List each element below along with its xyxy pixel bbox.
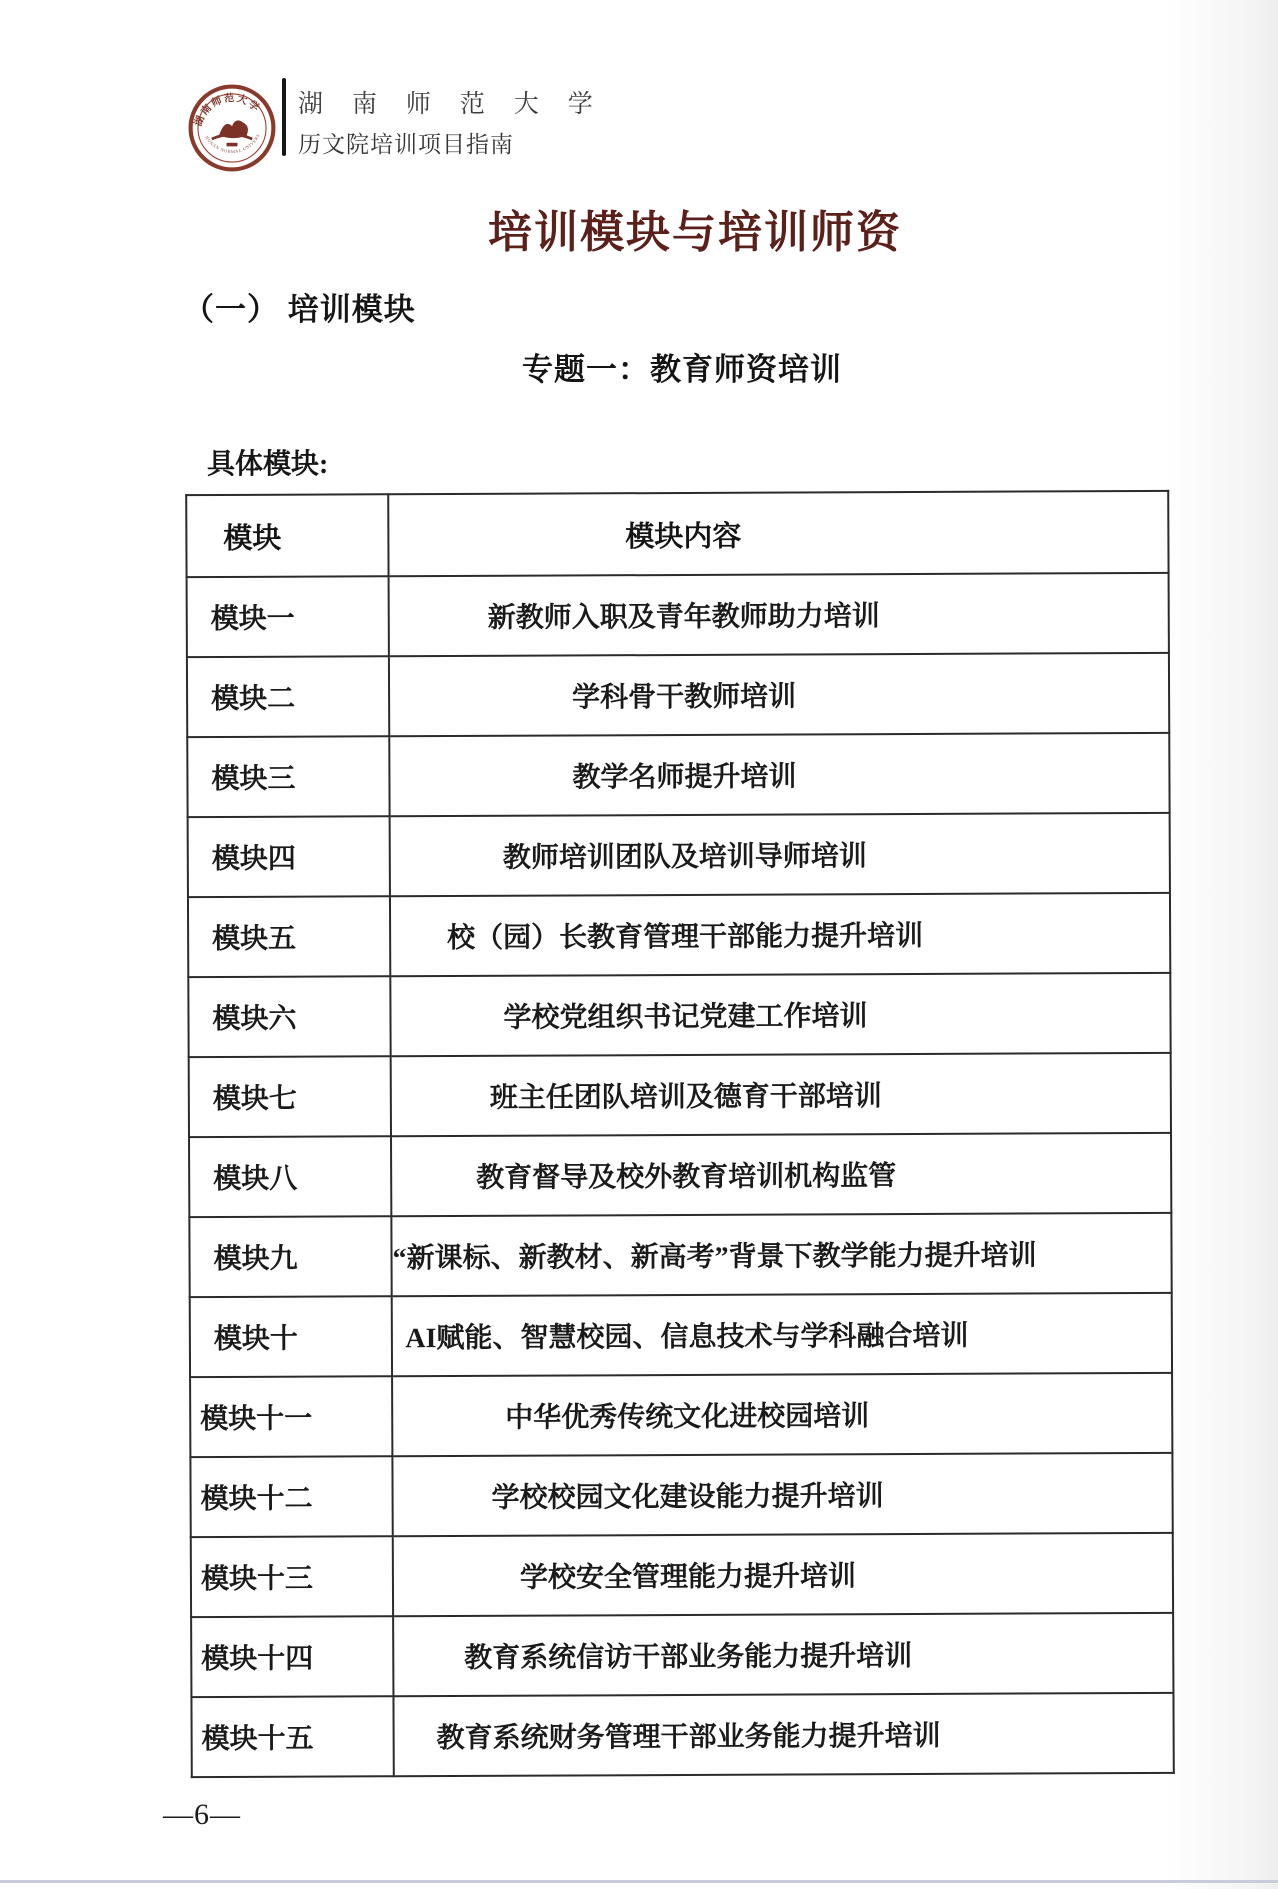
column-header-module: 模块 xyxy=(186,494,388,577)
content-cell: 学校党组织书记党建工作培训 xyxy=(390,973,1170,1056)
column-header-content: 模块内容 xyxy=(388,491,1168,576)
content-cell: 教育系统财务管理干部业务能力提升培训 xyxy=(393,1693,1173,1776)
content-cell: 教育督导及校外教育培训机构监管 xyxy=(391,1133,1171,1216)
table-row: 模块一 新教师入职及青年教师助力培训 xyxy=(187,573,1169,657)
table-row: 模块六 学校党组织书记党建工作培训 xyxy=(188,973,1170,1057)
module-cell: 模块三 xyxy=(187,736,389,817)
module-cell: 模块一 xyxy=(187,576,389,657)
table-row: 模块十二 学校校园文化建设能力提升培训 xyxy=(190,1453,1172,1537)
table-row: 模块十五 教育系统财务管理干部业务能力提升培训 xyxy=(191,1693,1173,1777)
topic-heading: 专题一：教育师资培训 xyxy=(0,344,1278,389)
module-table-container: 模块 模块内容 模块一 新教师入职及青年教师助力培训 模块二 学科骨干教师培训 … xyxy=(185,490,1175,1778)
table-row: 模块十三 学校安全管理能力提升培训 xyxy=(191,1533,1173,1617)
content-cell: 教学名师提升培训 xyxy=(389,733,1169,816)
table-row: 模块三 教学名师提升培训 xyxy=(187,733,1169,817)
document-page: 湖南师范大学 HUNAN NORMAL UNIVERSITY 湖 南 师 范 大… xyxy=(0,0,1278,1889)
content-cell: 班主任团队培训及德育干部培训 xyxy=(391,1053,1171,1136)
page-title: 培训模块与培训师资 xyxy=(0,196,1278,260)
content-cell: 新教师入职及青年教师助力培训 xyxy=(389,573,1169,656)
table-row: 模块九 “新课标、新教材、新高考”背景下教学能力提升培训 xyxy=(189,1213,1171,1297)
table-row: 模块十 AI赋能、智慧校园、信息技术与学科融合培训 xyxy=(190,1293,1172,1377)
module-cell: 模块十二 xyxy=(190,1456,392,1537)
content-cell: 教育系统信访干部业务能力提升培训 xyxy=(393,1613,1173,1696)
module-cell: 模块十四 xyxy=(191,1616,393,1697)
table-row: 模块四 教师培训团队及培训导师培训 xyxy=(188,813,1170,897)
module-cell: 模块十一 xyxy=(190,1376,392,1457)
content-cell: 学科骨干教师培训 xyxy=(389,653,1169,736)
module-table: 模块 模块内容 模块一 新教师入职及青年教师助力培训 模块二 学科骨干教师培训 … xyxy=(185,490,1175,1778)
university-seal-icon: 湖南师范大学 HUNAN NORMAL UNIVERSITY xyxy=(186,82,278,174)
guide-subtitle: 历文院培训项目指南 xyxy=(298,126,604,159)
table-row: 模块二 学科骨干教师培训 xyxy=(187,653,1169,737)
university-name: 湖 南 师 范 大 学 xyxy=(298,84,604,120)
table-row: 模块五 校（园）长教育管理干部能力提升培训 xyxy=(188,893,1170,977)
table-header-row: 模块 模块内容 xyxy=(186,491,1168,577)
content-cell: 学校安全管理能力提升培训 xyxy=(393,1533,1173,1616)
content-cell: “新课标、新教材、新高考”背景下教学能力提升培训 xyxy=(391,1213,1171,1296)
module-cell: 模块八 xyxy=(189,1136,391,1217)
page-number: —6— xyxy=(163,1798,241,1832)
module-cell: 模块九 xyxy=(189,1216,391,1297)
module-cell: 模块五 xyxy=(188,896,390,977)
module-cell: 模块十三 xyxy=(191,1536,393,1617)
content-cell: 教师培训团队及培训导师培训 xyxy=(390,813,1170,896)
module-cell: 模块七 xyxy=(189,1056,391,1137)
table-row: 模块七 班主任团队培训及德育干部培训 xyxy=(189,1053,1171,1137)
header-divider xyxy=(282,78,286,156)
table-label: 具体模块: xyxy=(207,442,328,482)
module-cell: 模块四 xyxy=(188,816,390,897)
content-cell: 学校校园文化建设能力提升培训 xyxy=(392,1453,1172,1536)
content-cell: 中华优秀传统文化进校园培训 xyxy=(392,1373,1172,1456)
module-cell: 模块二 xyxy=(187,656,389,737)
module-table-body: 模块一 新教师入职及青年教师助力培训 模块二 学科骨干教师培训 模块三 教学名师… xyxy=(187,573,1174,1777)
module-cell: 模块六 xyxy=(188,976,390,1057)
scan-bottom-edge xyxy=(0,1880,1278,1883)
module-cell: 模块十 xyxy=(190,1296,392,1377)
header-text-block: 湖 南 师 范 大 学 历文院培训项目指南 xyxy=(298,84,604,159)
table-row: 模块十一 中华优秀传统文化进校园培训 xyxy=(190,1373,1172,1457)
section-heading: （一） 培训模块 xyxy=(183,284,416,329)
table-row: 模块八 教育督导及校外教育培训机构监管 xyxy=(189,1133,1171,1217)
table-row: 模块十四 教育系统信访干部业务能力提升培训 xyxy=(191,1613,1173,1697)
content-cell: AI赋能、智慧校园、信息技术与学科融合培训 xyxy=(392,1293,1172,1376)
content-cell: 校（园）长教育管理干部能力提升培训 xyxy=(390,893,1170,976)
module-cell: 模块十五 xyxy=(191,1696,393,1777)
